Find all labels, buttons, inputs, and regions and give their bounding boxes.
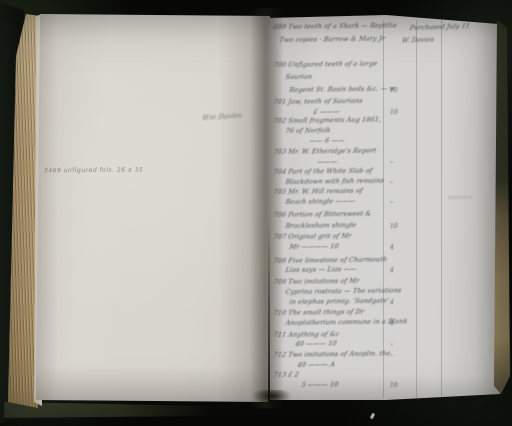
register-line: Anoplotherium commune in a Blank [285, 318, 408, 327]
column-mark: 4 [390, 321, 394, 327]
entry-text: in elephas primig. 'Sandgate' [289, 297, 390, 306]
entry-text: ——— [317, 158, 338, 166]
entry-text: Two teeth of a Shark — Reptilia [288, 21, 398, 31]
column-mark: – [390, 160, 393, 166]
register-line: 707Original grit of Mr [273, 233, 352, 241]
register-line: 706Portion of Bittersweet & [273, 211, 372, 220]
entry-text: Portion of Bittersweet & [288, 210, 372, 219]
column-mark: 10 [390, 88, 398, 94]
register-line: Two copies · Barrow & Mary Jr [279, 36, 385, 45]
entry-right-text: W. Davies [401, 36, 434, 44]
register-line: 76 of Norfolk [285, 127, 331, 135]
entry-text: Beach shingle ——— [285, 197, 356, 206]
entry-text: Mr. W. Etheridge's Report [288, 147, 377, 156]
pencil-inscription: Wm Davies [201, 113, 242, 123]
pencil-catalogue-note: 3469 unfigured fols. 26 a 35 [44, 168, 143, 175]
register-line: 5 ——— 10 [301, 381, 339, 389]
entry-text: Regent St. Basin beds &c. — w [289, 85, 396, 94]
entry-text: Bracklesham shingle [285, 221, 357, 230]
entry-text: Jaw, teeth of Saurians [288, 97, 364, 106]
entry-text: Lias says — Lias —— [285, 265, 358, 274]
register-line: Regent St. Basin beds &c. — w [289, 86, 396, 95]
money-column-rule [441, 20, 442, 398]
register-line: £ ——— [313, 109, 340, 117]
entry-text: Original grit of Mr [288, 232, 352, 241]
register-line: 710The small things of Dr [273, 309, 365, 317]
entry-text: Anything of &c [288, 330, 340, 339]
entry-text: Mr ———— 10 [289, 242, 340, 251]
column-mark: 4 [390, 245, 394, 251]
gutter-bottom-shadow [246, 390, 298, 410]
register-line: 705Mr. W. Hill remains of [273, 188, 363, 196]
register-line: Bracklesham shingle [285, 222, 357, 230]
register-line: 709Two imitations of Mr [273, 278, 360, 286]
column-mark: – [390, 342, 393, 348]
entry-text: Blackdown with fish remains [285, 177, 385, 186]
register-line: 699Two teeth of a Shark — Reptilia [273, 22, 397, 31]
register-line: 40 ——— 10 [295, 340, 337, 348]
column-mark: 10 [390, 110, 398, 116]
entry-text: The small things of Dr [288, 308, 365, 317]
register-line: Saurian [285, 74, 313, 82]
register-line: 708Five limestone of Charmouth [273, 256, 388, 265]
entry-right-text: Purchased July 11 [409, 23, 470, 32]
register-line: in elephas primig. 'Sandgate' [289, 298, 390, 307]
entry-text: Anoplotherium commune in a Blank [285, 317, 408, 327]
register-line: 704Part of the White Slab of [273, 168, 373, 177]
entry-text: —— 6 —— [309, 137, 345, 145]
entry-text: Cyprina rostrata — The variations [285, 286, 402, 296]
entry-text: Two imitations of Mr [288, 277, 360, 286]
entry-text: Five limestone of Charmouth [288, 255, 388, 264]
entry-text: 40 ——— A [297, 360, 336, 369]
register-line: 40 ——— A [297, 361, 336, 369]
gutter-shadow [250, 8, 284, 408]
register-line: ——— [317, 159, 338, 166]
entry-text: Small fragments Aug 1861, [288, 116, 382, 125]
column-mark: 10 [390, 383, 398, 389]
register-line: Beach shingle ——— [285, 198, 356, 206]
column-mark: – [390, 200, 393, 206]
entry-text: 5 ——— 10 [301, 380, 339, 389]
entry-text: 40 ——— 10 [295, 339, 337, 348]
money-column-rule [416, 20, 417, 398]
faint-margin-note: mounted [448, 196, 473, 202]
register-line: Mr ———— 10 [289, 243, 339, 251]
left-blank-page: 3469 unfigured fols. 26 a 35 Wm Davies [34, 8, 270, 406]
entry-text: 76 of Norfolk [285, 126, 331, 135]
register-line: 703Mr. W. Etheridge's Report [273, 148, 377, 157]
handwritten-entries-layer: 699Two teeth of a Shark — ReptiliaPurcha… [266, 14, 504, 406]
entry-text: Mr. W. Hill remains of [288, 187, 363, 196]
entry-text: Two imitations of Anoplm. the [288, 349, 391, 358]
register-line: 712Two imitations of Anoplm. the [273, 350, 391, 359]
entry-text: £ 2 [288, 371, 300, 379]
register-line: 700Unfigured teeth of a large [273, 61, 378, 70]
register-line: —— 6 —— [309, 138, 345, 146]
entry-text: Unfigured teeth of a large [288, 60, 378, 69]
photo-of-open-register-book: 3469 unfigured fols. 26 a 35 Wm Davies 6… [0, 0, 512, 426]
entry-text: Part of the White Slab of [288, 167, 373, 176]
column-mark: 4 [390, 268, 394, 274]
entry-text: Saurian [285, 73, 313, 81]
column-mark: – [390, 353, 393, 359]
column-mark: 4 [390, 300, 394, 306]
column-mark: 10 [390, 224, 398, 230]
register-line: Lias says — Lias —— [285, 266, 357, 274]
register-line: Blackdown with fish remains [285, 178, 384, 187]
entry-text: Two copies · Barrow & Mary Jr [279, 35, 386, 44]
column-mark: – [390, 180, 393, 186]
register-line: Cyprina rostrata — The variations [285, 287, 402, 296]
entry-text: £ ——— [313, 108, 341, 116]
money-column-rule [383, 20, 384, 398]
register-line: 701Jaw, teeth of Saurians [273, 98, 363, 106]
right-register-page: 699Two teeth of a Shark — ReptiliaPurcha… [266, 14, 504, 406]
register-line: 702Small fragments Aug 1861, [273, 117, 382, 126]
